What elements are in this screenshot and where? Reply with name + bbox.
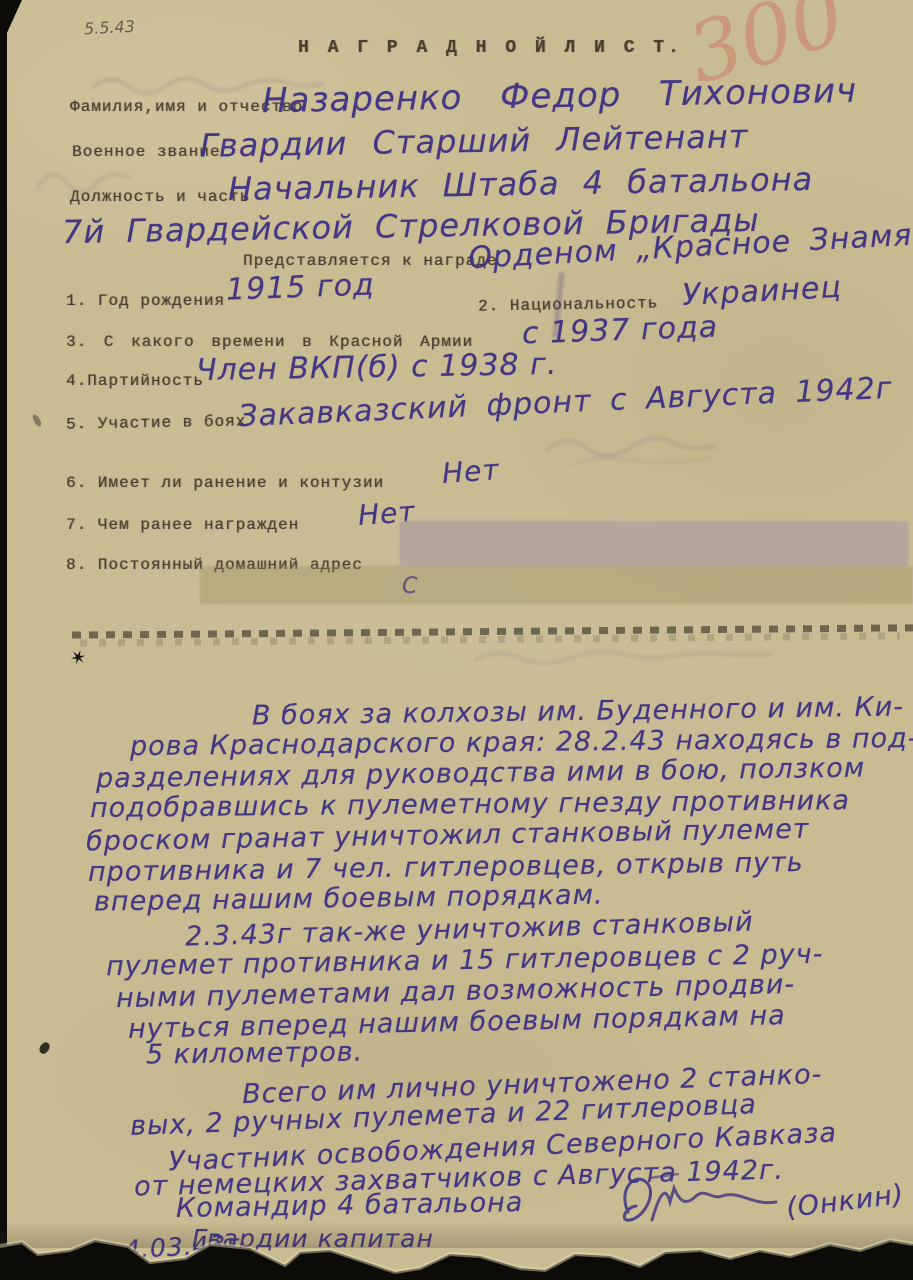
award-sheet-scan: 5.5.43 300 Н А Г Р А Д Н О Й Л И С Т. Фа… bbox=[0, 0, 913, 1280]
address-stray-mark: С bbox=[402, 574, 418, 599]
field-nationality-value: Украинец bbox=[681, 270, 842, 313]
field-battles-label: 5. Участие в боях bbox=[66, 412, 247, 433]
corner-date: 5.5.43 bbox=[84, 17, 136, 39]
ghost-smudge-top bbox=[88, 64, 368, 98]
field-birth-value: 1915 год bbox=[225, 267, 375, 307]
torn-bottom-edge bbox=[0, 1210, 913, 1280]
field-birth-label: 1. Год рождения bbox=[66, 292, 225, 310]
field-prev-awards-label: 7. Чем ранее награжден bbox=[66, 516, 299, 534]
field-rank-value: Гвардии Старший Лейтенант bbox=[200, 117, 749, 165]
discoloration-band bbox=[200, 566, 913, 604]
document-title: Н А Г Р А Д Н О Й Л И С Т. bbox=[298, 38, 683, 58]
tear-hole: ✶ bbox=[67, 643, 93, 670]
field-wounds-value: Нет bbox=[441, 453, 501, 490]
paper-speck bbox=[38, 1041, 51, 1056]
field-service-label: 3. С какого времени в Красной Армии bbox=[66, 333, 473, 351]
field-service-value: с 1937 года bbox=[521, 310, 718, 352]
field-party-value: Член ВКП(б) с 1938 г. bbox=[196, 347, 558, 388]
body-line: 5 километров. bbox=[146, 1036, 364, 1070]
field-party-label: 4.Партийность bbox=[66, 372, 204, 390]
ghost-smudge-left bbox=[30, 150, 140, 210]
scan-edge-left bbox=[0, 0, 7, 1280]
ghost-smudge-mid bbox=[540, 418, 760, 470]
ghost-smudge-under-perforation bbox=[470, 642, 780, 670]
redaction-block bbox=[400, 522, 908, 566]
field-wounds-label: 6. Имеет ли ранение и контузии bbox=[66, 474, 384, 492]
scan-corner-top-left bbox=[0, 0, 22, 48]
pencil-mark bbox=[31, 413, 43, 427]
